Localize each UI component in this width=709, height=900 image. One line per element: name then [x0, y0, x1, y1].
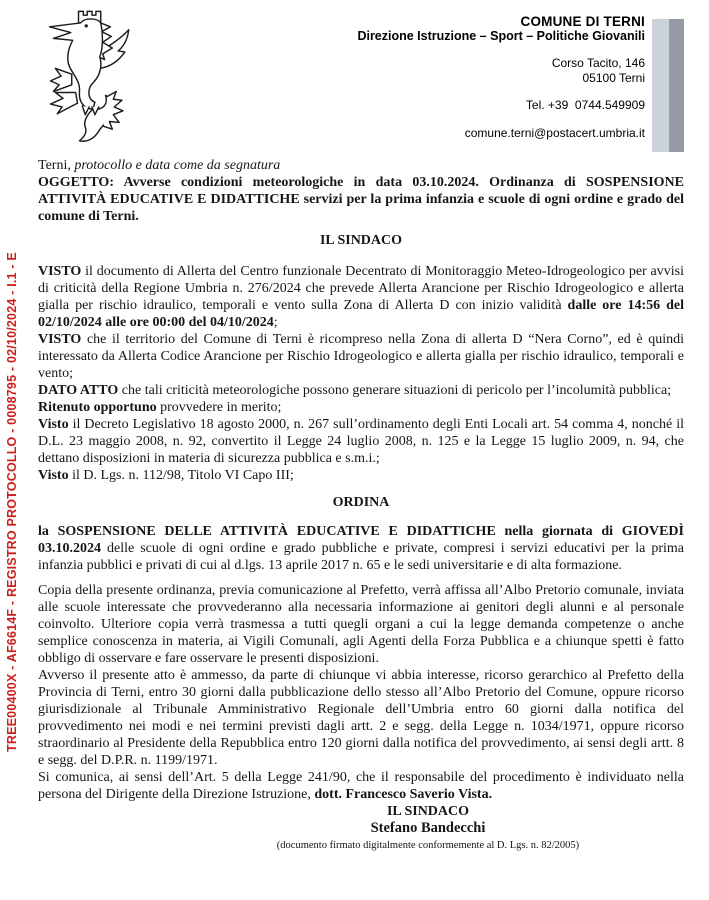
phone-number: Tel. +39 0744.549909 [357, 98, 645, 112]
document-body: Terni, protocollo e data come da segnatu… [38, 157, 684, 854]
org-name: COMUNE DI TERNI [357, 14, 645, 29]
signature-note: (documento firmato digitalmente conforme… [172, 837, 684, 854]
premise-paragraph: Visto il Decreto Legislativo 18 agosto 2… [38, 416, 684, 467]
letterhead: COMUNE DI TERNI Direzione Istruzione – S… [357, 14, 645, 140]
premise-paragraph: VISTO che il territorio del Comune di Te… [38, 331, 684, 382]
premise-paragraph: Visto il D. Lgs. n. 112/98, Titolo VI Ca… [38, 467, 684, 484]
premise-paragraph: DATO ATTO che tali criticità meteorologi… [38, 382, 684, 399]
signature-title: IL SINDACO [172, 803, 684, 820]
dragon-fin-upper [50, 68, 71, 91]
address-line-2: 05100 Terni [357, 71, 645, 86]
dragon-eye [85, 24, 88, 27]
email-address: comune.terni@postacert.umbria.it [357, 126, 645, 140]
document-page: TREE00400X - AF6614F - REGISTRO PROTOCOL… [0, 0, 709, 900]
terni-dragon-logo [36, 6, 150, 150]
subject-paragraph: OGGETTO: Avverse condizioni meteorologic… [38, 174, 684, 225]
accent-bar-dark [669, 19, 684, 152]
heading-ordina: ORDINA [38, 494, 684, 511]
dateline: Terni, protocollo e data come da segnatu… [38, 157, 684, 174]
signature-name: Stefano Bandecchi [172, 820, 684, 837]
heading-il-sindaco: IL SINDACO [38, 232, 684, 249]
closing-paragraph: Copia della presente ordinanza, previa c… [38, 582, 684, 667]
premise-paragraph: VISTO il documento di Allerta del Centro… [38, 263, 684, 331]
dragon-fin-lower [50, 92, 77, 113]
premise-paragraph: Ritenuto opportuno provvedere in merito; [38, 399, 684, 416]
department-name: Direzione Istruzione – Sport – Politiche… [357, 29, 645, 43]
protocol-number-strip: TREE00400X - AF6614F - REGISTRO PROTOCOL… [5, 186, 19, 818]
accent-bar-light [652, 19, 669, 152]
closing-paragraph: Avverso il presente atto è ammesso, da p… [38, 667, 684, 769]
order-paragraph: la SOSPENSIONE DELLE ATTIVITÀ EDUCATIVE … [38, 523, 684, 574]
signature-block: IL SINDACO Stefano Bandecchi (documento … [38, 803, 684, 854]
closing-paragraph: Si comunica, ai sensi dell’Art. 5 della … [38, 769, 684, 803]
letterhead-accent-bar [652, 19, 684, 152]
address-line-1: Corso Tacito, 146 [357, 56, 645, 71]
